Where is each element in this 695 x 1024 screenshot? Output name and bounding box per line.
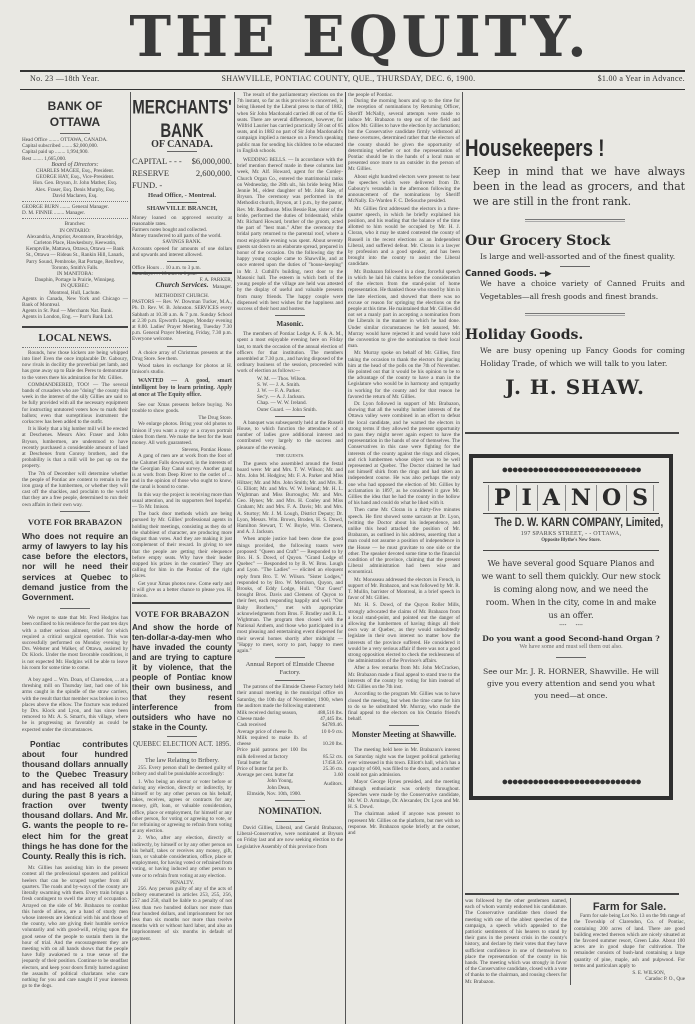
- news-paragraph: The 7th of December will determine wheth…: [22, 471, 128, 508]
- bribery-subtitle: The law Relating to Bribery.: [132, 756, 232, 765]
- organ-question: Do you want a good Second-hand Organ ?: [481, 636, 661, 642]
- vote-brabazon-text: Who does not require an army of lawyers …: [22, 531, 128, 602]
- news-paragraph: Then came Mr. Cloran in a thirty-five mi…: [348, 507, 460, 575]
- table-label: Price paid patrons per 100 lbs milk deli…: [237, 747, 307, 759]
- news-paragraph: Mr. Brabazon followed in a clear, forcef…: [348, 269, 460, 350]
- karn-address: 197 SPARKS STREET, - - OTTAWA,: [481, 531, 661, 537]
- vote-brabazon-text-2: And show the horde of ten-dollar-a-day-m…: [132, 623, 232, 733]
- news-paragraph: Rounds, how those kickers are being whip…: [22, 350, 128, 381]
- wanted-notice: WANTED — A good, smart intelligent boy t…: [132, 378, 232, 398]
- bank-ottawa-title: BANK OF OTTAWA: [22, 98, 128, 130]
- column-4: the people of Pontiac. During the mornin…: [348, 92, 460, 1024]
- cheese-report-date: Elmside, Nov. 10th, 1900.: [237, 791, 343, 797]
- table-row: Milk required to make lb. of cheese10.20…: [237, 735, 343, 747]
- nomination-title: NOMINATION.: [237, 805, 343, 818]
- cheese-intro: The patrons of the Elmside Cheese Factor…: [237, 684, 343, 709]
- dot-border-icon: ●●●●●●●●●●●●●●●●●●●●●●●●●●●: [481, 464, 661, 476]
- act-paragraph: 2. Who, after any election, directly or …: [132, 835, 232, 878]
- news-paragraph: COMMANDEERED, TOO! — The several bands o…: [22, 382, 128, 425]
- vote-brabazon-title-2: VOTE FOR BRABAZON: [132, 608, 232, 621]
- news-paragraph: Mr. Gillies first addressed the electors…: [348, 206, 460, 268]
- notice: A choice array of Christmas presents at …: [132, 350, 232, 362]
- table-value: 10.20 lbs.: [323, 741, 343, 747]
- issue-number: No. 23 —18th Year.: [30, 74, 99, 88]
- director: David Maclaren, Esq.: [22, 193, 128, 199]
- bank-service: Money loaned on approved security at rea…: [132, 215, 232, 227]
- masthead-rule: [20, 70, 685, 72]
- flourish-icon: ⸱⸱⸱⸱ ⸱⸱⸱⸱: [481, 622, 661, 628]
- column-1: BANK OF OTTAWA Head Office ........ OTTA…: [22, 92, 128, 1024]
- masonic-text: The members of Pontiac Lodge A. F. & A. …: [237, 331, 343, 374]
- branch-name: SHAWVILLE BRANCH,: [132, 206, 232, 212]
- agent: Agents in Canada, New York and Chicago —…: [22, 296, 128, 308]
- reserve-label: RESERVE FUND. -: [132, 167, 196, 191]
- vote-brabazon-title: VOTE FOR BRABAZON: [22, 516, 128, 529]
- pontiac-contributes-text: Pontiac contributes about four hundred t…: [22, 739, 128, 861]
- pianos-letter: P: [488, 485, 516, 511]
- masthead-title: THE EQUITY.: [60, 8, 660, 66]
- guests-title: THE GUESTS.: [237, 453, 343, 459]
- column-divider: [345, 92, 346, 1024]
- act-paragraph: 1. Who being an elector or voter before …: [132, 779, 232, 835]
- monster-paragraph: Mayor George Hynes presided, and the mee…: [348, 779, 460, 810]
- notice: Wood taken in exchange for photos at H. …: [132, 363, 232, 375]
- news-paragraph: Mr. H. S. Dowd, of the Quyon Roller Mill…: [348, 602, 460, 664]
- notice: In this way the project is receiving mor…: [132, 492, 232, 511]
- horner-text: See our Mr. J. R. HORNER, Shawville. He …: [481, 666, 661, 702]
- masonic-title: Masonic.: [237, 320, 343, 329]
- capital-value: $6,000,000.: [192, 155, 232, 167]
- date-location: SHAWVILLE, PONTIAC COUNTY, QUE., THURSDA…: [222, 74, 476, 88]
- notice: A gang of men are at work from the foot …: [132, 453, 232, 490]
- church-text: PASTORS — Rev. W. Dowman Tucker, M.A., P…: [132, 299, 232, 342]
- ontario-branches: Alexandria, Arnprior, Avonmore, Bracebri…: [22, 234, 128, 271]
- local-news-title: LOCAL NEWS.: [22, 332, 128, 345]
- column-5-ads: Housekeepers ! Keep in mind that we have…: [465, 92, 685, 898]
- reserve-value: 2,600,000.: [196, 167, 232, 191]
- election-act-title: QUEBEC ELECTION ACT. 1895.: [132, 740, 232, 749]
- pianos-letter: S: [626, 485, 654, 511]
- housekeepers-text: Keep in mind that we have always been in…: [465, 164, 685, 209]
- wedding-paragraph: WEDDING BELLS. — In accordance with the …: [237, 157, 343, 312]
- grocery-stock-text: Is large and well-assorted and of the fi…: [465, 250, 685, 263]
- merchants-bank-title: MERCHANTS' BANK: [132, 97, 232, 144]
- meeting-continued-text: was followed by the other gentlemen name…: [465, 898, 571, 985]
- pianos-letter: A: [537, 485, 565, 511]
- news-paragraph: It is likely that a big lumber mill will…: [22, 426, 128, 469]
- grocery-stock-heading: Our Grocery Stock: [465, 232, 685, 250]
- subscription-price: $1.00 a Year in Advance.: [598, 74, 685, 88]
- news-paragraph: About eight hundred electors were presen…: [348, 174, 460, 205]
- news-paragraph: According to the program Mr. Gillies was…: [348, 691, 460, 722]
- merchant-name: J. H. SHAW.: [465, 384, 685, 390]
- merchants-bank-ad: MERCHANTS' BANK OF CANADA. CAPITAL - - -…: [132, 102, 232, 270]
- monster-paragraph: The meeting held here in Mr. Brabazon's …: [348, 747, 460, 778]
- farm-for-sale-text: Farm for sale being Lot No. 13 on the 9t…: [574, 913, 685, 969]
- news-paragraph: The result of the parliamentary election…: [237, 92, 343, 154]
- nomination-text: David Gillies, Liberal, and Gerald Braba…: [237, 825, 343, 850]
- newspaper-page: THE EQUITY. No. 23 —18th Year. SHAWVILLE…: [0, 0, 695, 1024]
- capital-row: CAPITAL - - - $6,000,000.: [132, 155, 232, 167]
- monster-paragraph: The chairman asked if anyone was present…: [348, 811, 460, 836]
- news-paragraph: Mr. Gillies has assisting him in the pre…: [22, 865, 128, 989]
- shaw-grocery-ad: Housekeepers ! Keep in mind that we have…: [465, 134, 685, 390]
- notice: The back door methods which are being pu…: [132, 511, 232, 579]
- toasts-text: When ample justice had been done the goo…: [237, 536, 343, 654]
- manager: D. M. FINNIE ........ Manager.: [22, 210, 128, 216]
- bottom-right-block: was followed by the other gentlemen name…: [465, 898, 685, 985]
- section-rule: [465, 893, 679, 895]
- capital-label: CAPITAL - - -: [132, 155, 182, 167]
- table-value: 10 0-9 cts.: [321, 729, 343, 735]
- cheese-statement-table: Milk received during season,488,516 lbs.…: [237, 710, 343, 778]
- column-3: The result of the parliamentary election…: [237, 92, 343, 1024]
- act-paragraph: 256. Any person guilty of any of the act…: [132, 886, 232, 942]
- column-divider: [130, 92, 131, 1024]
- cheese-report-title: Annual Report of Elmside Cheese Factory.: [237, 661, 343, 677]
- table-row: Price paid patrons per 100 lbs milk deli…: [237, 747, 343, 759]
- auditor-name: John Young,: [267, 778, 293, 784]
- news-paragraph: We regret to state that Mr. Fred Hodgins…: [22, 615, 128, 671]
- housekeepers-heading: Housekeepers !: [465, 134, 637, 164]
- canned-goods-text: We have a choice variety of Canned Fruit…: [465, 277, 685, 303]
- pianos-heading: P I A N O S: [483, 482, 659, 514]
- notice: See our Xmas presents before buying. No …: [132, 402, 232, 414]
- organ-answer: We have some and must sell them out also…: [481, 644, 661, 650]
- bank-of-ottawa-ad: BANK OF OTTAWA Head Office ........ OTTA…: [22, 98, 128, 321]
- auditor-name: John Dean,: [267, 785, 293, 791]
- banquet-text: A banquet was subsequently held at the R…: [237, 420, 343, 451]
- notice: We enlarge photos. Bring your old photos…: [132, 421, 232, 446]
- pianos-letter: N: [565, 485, 596, 511]
- guests-text: The guests who assembled around the fest…: [237, 461, 343, 535]
- farm-for-sale-title: Farm for Sale.: [574, 904, 685, 910]
- holiday-goods-text: We are busy opening up Fancy Goods for c…: [465, 344, 685, 370]
- news-paragraph: After a few remarks from Mr. John McCrac…: [348, 665, 460, 690]
- pianos-letter: I: [516, 485, 537, 511]
- dot-border-icon: ●●●●●●●●●●●●●●●●●●●●●●●●●●●: [481, 776, 661, 788]
- pianos-letter: O: [596, 485, 626, 511]
- holiday-goods-heading: Holiday Goods.: [465, 326, 685, 344]
- notice: Get your Xmas photos now. Come early and…: [132, 581, 232, 600]
- column-2: MERCHANTS' BANK OF CANADA. CAPITAL - - -…: [132, 92, 232, 1024]
- pianos-text: We have several good Square Pianos and w…: [481, 557, 661, 622]
- column-divider: [462, 92, 463, 1024]
- auditors-label: Auditors.: [324, 778, 343, 790]
- farm-for-sale-ad: Farm for Sale. Farm for sale being Lot N…: [571, 898, 685, 985]
- director: Hon. Geo. Bryson, Jr. John Mather, Esq.: [22, 180, 128, 186]
- news-paragraph: Dr. Lyon followed in support of Mr. Brab…: [348, 401, 460, 506]
- dateline-rule: [20, 89, 685, 90]
- news-paragraph: Mr. Murray spoke on behalf of Mr. Gillie…: [348, 350, 460, 400]
- act-paragraph: 255. Every person shall be deemed guilty…: [132, 765, 232, 777]
- head-office: Head Office, - Montreal.: [132, 193, 232, 199]
- monster-meeting-title: Monster Meeting at Shawville.: [348, 730, 460, 740]
- reserve-row: RESERVE FUND. - 2,600,000.: [132, 167, 232, 191]
- agent: Agents in London, Eng. — Parr's Bank Ltd…: [22, 314, 128, 320]
- news-paragraph: A boy aged ... Wm. Doan, of Clarendon, .…: [22, 677, 128, 733]
- karn-landmark: Opposite Blythe's New Store.: [481, 538, 661, 544]
- table-label: Milk required to make lb. of cheese: [237, 735, 307, 747]
- karn-company-name: The D. W. KARN COMPANY, Limited,: [495, 520, 648, 526]
- dateline: No. 23 —18th Year. SHAWVILLE, PONTIAC CO…: [30, 74, 685, 88]
- director: Alex. Fraser, Esq. Denis Murphy, Esq.: [22, 187, 128, 193]
- column-divider: [234, 92, 235, 1024]
- news-paragraph: Mr. Monsseau addressed the electors in F…: [348, 577, 460, 602]
- karn-pianos-ad: ●●●●●●●●●●●●●●●●●●●●●●●●●●● P I A N O S …: [469, 454, 673, 800]
- farm-contact-po: Caradoc P. O., Que: [574, 976, 685, 982]
- savings-text: Accounts opened for amounts of one dolla…: [132, 246, 232, 258]
- news-paragraph: During the morning hours and up to the t…: [348, 98, 460, 172]
- officer: Outer Guard. — John Smith.: [257, 407, 343, 413]
